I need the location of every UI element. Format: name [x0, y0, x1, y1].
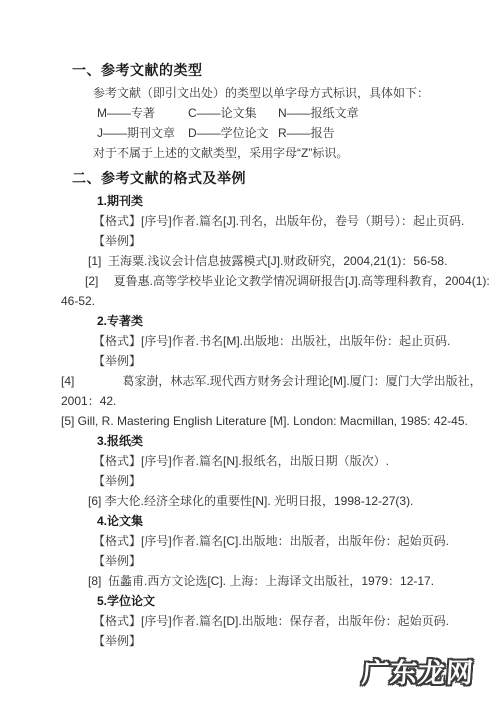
subsection-heading: 3.报纸类: [97, 431, 441, 451]
subsection-heading: 1.期刊类: [97, 191, 441, 211]
body-line: 【举例】: [93, 351, 441, 371]
type-code: N——报纸文章: [278, 103, 441, 123]
document-page: 一、参考文献的类型参考文献（即引文出处）的类型以单字母方式标识，具体如下：M——…: [0, 0, 500, 707]
reference-continuation: [4] 葛家澍，林志军.现代西方财务会计理论[M].厦门：厦门大学出版社，: [61, 371, 441, 391]
document-body: 一、参考文献的类型参考文献（即引文出处）的类型以单字母方式标识，具体如下：M——…: [61, 0, 441, 651]
reference-entry: [1] 王海粟.浅议会计信息披露模式[J].财政研究，2004,21(1)：56…: [88, 251, 441, 271]
body-line: 【举例】: [93, 631, 441, 651]
body-line: 【举例】: [93, 231, 441, 251]
type-code: C——论文集: [188, 103, 278, 123]
reference-continuation: 46-52.: [61, 291, 441, 311]
body-line: 【举例】: [93, 471, 441, 491]
subsection-heading: 4.论文集: [97, 511, 441, 531]
body-line: 【格式】[序号]作者.书名[M].出版地：出版社，出版年份：起止页码.: [93, 331, 441, 351]
body-line: 【格式】[序号]作者.篇名[D].出版地：保存者，出版年份：起始页码.: [93, 611, 441, 631]
body-line: 参考文献（即引文出处）的类型以单字母方式标识，具体如下：: [93, 83, 441, 103]
type-code-row: M——专著C——论文集N——报纸文章: [97, 103, 441, 123]
reference-continuation: [5] Gill, R. Mastering English Literatur…: [61, 411, 441, 431]
body-line: 【格式】[序号]作者.篇名[N].报纸名，出版日期（版次）.: [93, 451, 441, 471]
reference-continuation: 2001：42.: [61, 391, 441, 411]
reference-entry: [6] 李大伦.经济全球化的重要性[N]. 光明日报，1998-12-27(3)…: [88, 491, 441, 511]
subsection-heading: 2.专著类: [97, 311, 441, 331]
type-code: J——期刊文章: [97, 123, 188, 143]
section-heading: 一、参考文献的类型: [72, 59, 441, 81]
subsection-heading: 5.学位论文: [97, 591, 441, 611]
reference-entry: [8] 伍蠡甫.西方文论选[C]. 上海：上海译文出版社，1979：12-17.: [88, 571, 441, 591]
section-heading: 二、参考文献的格式及举例: [72, 167, 441, 189]
body-line: 对于不属于上述的文献类型，采用字母“Z”标识。: [93, 143, 441, 163]
type-code-row: J——期刊文章D——学位论文R——报告: [97, 123, 441, 143]
type-code: R——报告: [278, 123, 441, 143]
body-line: 【举例】: [93, 551, 441, 571]
body-line: 【格式】[序号]作者.篇名[C].出版地：出版者，出版年份：起始页码.: [93, 531, 441, 551]
type-code: D——学位论文: [188, 123, 278, 143]
site-watermark: 广东龙网: [361, 656, 475, 690]
reference-entry: [2] 夏鲁惠.高等学校毕业论文教学情况调研报告[J].高等理科教育，2004(…: [85, 271, 441, 291]
type-code: M——专著: [97, 103, 188, 123]
body-line: 【格式】[序号]作者.篇名[J].刊名，出版年份，卷号（期号）：起止页码.: [93, 211, 441, 231]
